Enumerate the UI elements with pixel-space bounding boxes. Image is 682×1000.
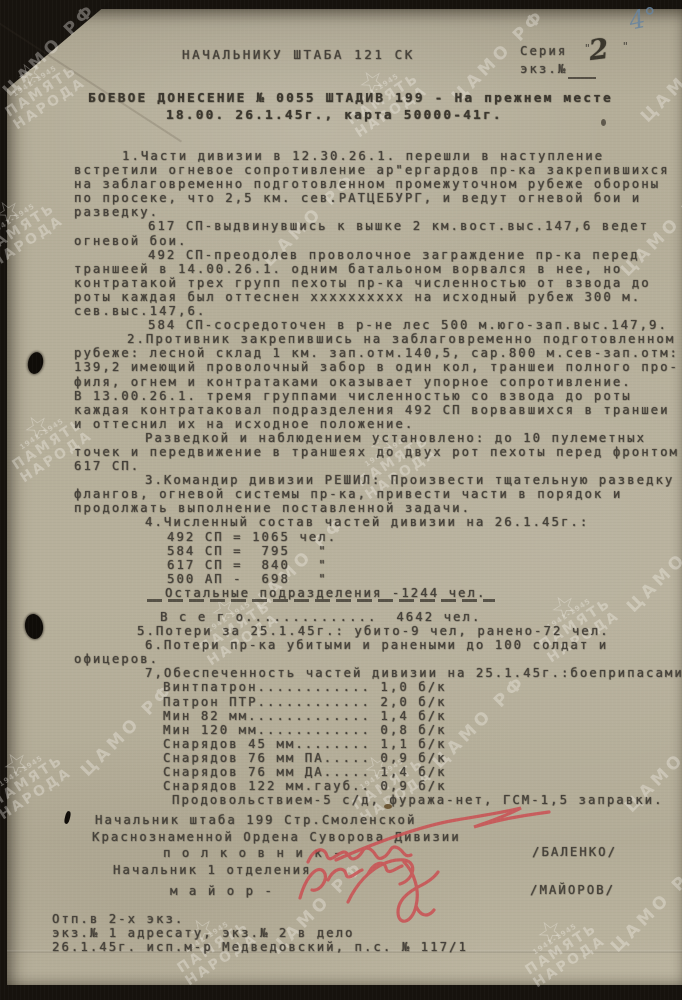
typed-line: каждая контратаковал подразделения 492 С… <box>0 403 682 417</box>
typed-line: В с е г о.............. 4642 чел. <box>0 610 682 624</box>
typed-line: 584 СП-сосредоточен в р-не лес 500 м.юго… <box>0 318 682 332</box>
typed-line: роты каждая был оттеснен хххххххххх на и… <box>0 290 682 304</box>
series-quote-close: " <box>622 40 630 53</box>
addressee: НАЧАЛЬНИКУ ШТАБА 121 СК <box>182 47 415 62</box>
total-divider <box>147 599 495 602</box>
typed-line: 617 СП-выдвинувшись к вышке 2 км.вост.вы… <box>0 219 682 233</box>
typed-line: Винтпатрон............ 1,0 б/к <box>0 680 682 694</box>
typed-line: Разведкой и наблюдением установлено: до … <box>0 431 682 445</box>
signature-rank-colonel: п о л к о в н и к - <box>163 846 343 860</box>
typed-line: Снарядов 76 мм ДА..... 1,4 б/к <box>0 765 682 779</box>
scanned-page: ЦАМО РФЦАМО РФЦАМО РФЦАМО РФЦАМО РФЦАМО … <box>0 0 682 1000</box>
paper-speck <box>384 804 392 809</box>
paper-speck <box>601 119 606 126</box>
typed-line: 617 СП = 840 " <box>0 558 682 572</box>
typed-line: флангов, огневой системы пр-ка, привести… <box>0 487 682 501</box>
typed-line: 584 СП = 795 " <box>0 544 682 558</box>
report-title-line2: 18.00. 26.1.45г., карта 50000-41г. <box>166 108 503 123</box>
typed-line: рубеже: лесной склад 1 км. зап.отм.140,5… <box>0 346 682 360</box>
typed-line: офицеров. <box>0 652 682 666</box>
report-title-line1: БОЕВОЕ ДОНЕСЕНИЕ № 0055 ШТАДИВ 199 - На … <box>88 91 613 106</box>
signature-name-balenko: /БАЛЕНКО/ <box>532 845 617 859</box>
typed-line: и оттеснил их на исходное положение. <box>0 417 682 431</box>
signature-name-maiorov: /МАЙОРОВ/ <box>530 883 615 897</box>
series-label: Серия <box>520 44 567 58</box>
typed-line: 617 СП. <box>0 459 682 473</box>
footer-executor: 26.1.45г. исп.м-р Медведовский, п.с. № 1… <box>52 940 468 954</box>
page-number-handwritten: 4° <box>626 1 660 35</box>
typed-line: 139,2 имеющий проволочный забор в один к… <box>0 360 682 374</box>
typed-line: продолжать выполнение поставленной задач… <box>0 501 682 515</box>
typed-line: сев.выс.147,6. <box>0 304 682 318</box>
typed-line: 7,Обеспеченность частей дивизии на 25.1.… <box>0 666 682 680</box>
typed-line: 6.Потери пр-ка убитыми и ранеными до 100… <box>0 638 682 652</box>
typed-line: Снарядов 76 мм ПА..... 0,9 б/к <box>0 751 682 765</box>
signature-title-line1: Начальник штаба 199 Стр.Смоленской <box>95 813 416 827</box>
typed-line: Остальные подразделения -1244 чел. <box>0 586 682 600</box>
typed-line: встретили огневое сопротивление ар"ергар… <box>0 163 682 177</box>
typed-line: траншеей в 14.00.26.1. одним батальоном … <box>0 262 682 276</box>
series-value-handwritten: 2 <box>587 32 610 67</box>
typed-line: Мин 82 мм............. 1,4 б/к <box>0 709 682 723</box>
signature-rank-major: м а й о р - <box>170 884 274 898</box>
typed-line: Патрон ПТР............ 2,0 б/к <box>0 695 682 709</box>
typed-line: Мин 120 мм............ 0,8 б/к <box>0 723 682 737</box>
typed-line: Продовольствием-5 с/д, фуража-нет, ГСМ-1… <box>0 793 682 807</box>
typed-line: по просеке, что 2,5 км. сев.РАТЦЕБУРГ, и… <box>0 191 682 205</box>
typed-line: 1.Части дивизии в 12.30.26.1. перешли в … <box>0 149 682 163</box>
footer-distribution: экз.№ 1 адресату, экз.№ 2 в дело <box>52 926 355 940</box>
typed-line: филя, огнем и контратаками оказывает упо… <box>0 375 682 389</box>
typed-line: 500 АП - 698 " <box>0 572 682 586</box>
typed-line: Снарядов 122 мм.гауб.. 0,9 б/к <box>0 779 682 793</box>
typed-line: 5.Потери за 25.1.45г.: убито-9 чел, ране… <box>0 624 682 638</box>
copy-label: экз.№ <box>520 62 567 76</box>
footer-copies: Отп.в 2-х экз. <box>52 912 184 926</box>
typed-line: Снарядов 45 мм........ 1,1 б/к <box>0 737 682 751</box>
typed-line: 492 СП-преодолев проволочное заграждение… <box>0 248 682 262</box>
typed-line: 2.Противник закрепившись на заблаговреме… <box>0 332 682 346</box>
typed-line: огневой бои. <box>0 234 682 248</box>
signature-title-line2: Краснознаменной Ордена Суворова Дивизии <box>92 830 461 844</box>
typed-line: точек и передвижение в траншеях до двух … <box>0 445 682 459</box>
report-body: 1.Части дивизии в 12.30.26.1. перешли в … <box>0 149 682 807</box>
typed-line: В 13.00.26.1. тремя группами численность… <box>0 389 682 403</box>
typed-line: контратакой трех групп пехоты пр-ка числ… <box>0 276 682 290</box>
typed-line: разведку. <box>0 205 682 219</box>
typed-line: на заблаговременно подготовленном промеж… <box>0 177 682 191</box>
typed-line: 492 СП = 1065 чел. <box>0 530 682 544</box>
copy-number-blank <box>568 77 596 79</box>
typed-line: 4.Численный состав частей дивизии на 26.… <box>0 515 682 529</box>
signature-title-line3: Начальник 1 отделения <box>113 863 312 877</box>
typed-line: 3.Командир дивизии РЕШИЛ: Произвести тща… <box>0 473 682 487</box>
